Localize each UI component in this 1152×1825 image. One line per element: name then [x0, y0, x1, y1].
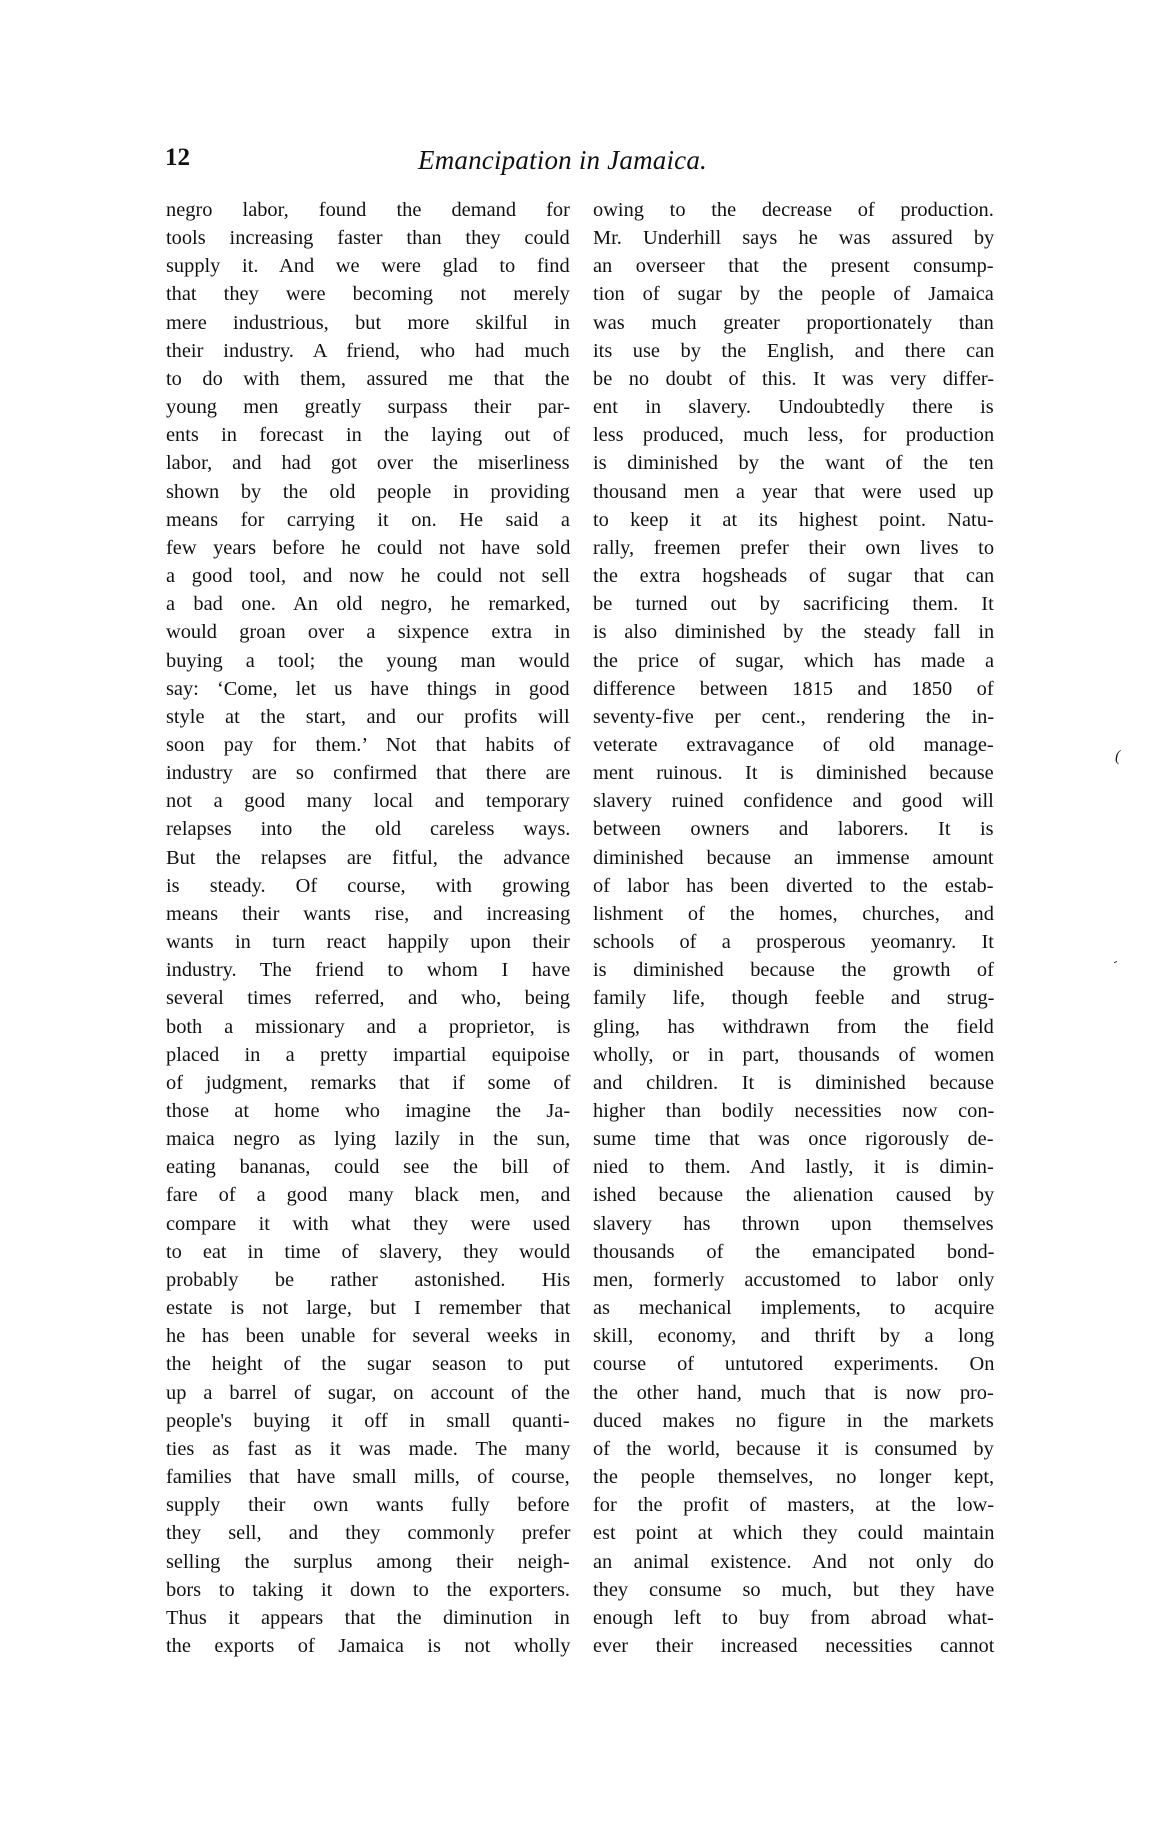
- text-line: seventy-five per cent., rendering the in…: [593, 703, 994, 731]
- text-line: both a missionary and a proprietor, is: [166, 1013, 570, 1041]
- text-line: tools increasing faster than they could: [166, 224, 570, 252]
- text-line: the other hand, much that is now pro-: [593, 1379, 994, 1407]
- text-line: is steady. Of course, with growing: [166, 872, 570, 900]
- text-line: wholly, or in part, thousands of women: [593, 1041, 994, 1069]
- text-line: gling, has withdrawn from the field: [593, 1013, 994, 1041]
- text-line: to do with them, assured me that the: [166, 365, 570, 393]
- text-line: a good tool, and now he could not sell: [166, 562, 570, 590]
- text-line: labor, and had got over the miserliness: [166, 449, 570, 477]
- text-line: tion of sugar by the people of Jamaica: [593, 280, 994, 308]
- text-line: nied to them. And lastly, it is dimin-: [593, 1153, 994, 1181]
- text-line: families that have small mills, of cours…: [166, 1463, 570, 1491]
- text-line: less produced, much less, for production: [593, 421, 994, 449]
- text-line: the price of sugar, which has made a: [593, 647, 994, 675]
- text-line: its use by the English, and there can: [593, 337, 994, 365]
- text-line: style at the start, and our profits will: [166, 703, 570, 731]
- text-line: their industry. A friend, who had much: [166, 337, 570, 365]
- text-line: sume time that was once rigorously de-: [593, 1125, 994, 1153]
- text-line: men, formerly accustomed to labor only: [593, 1266, 994, 1294]
- text-line: ties as fast as it was made. The many: [166, 1435, 570, 1463]
- margin-stray-mark: (: [1115, 749, 1120, 765]
- text-line: compare it with what they were used: [166, 1210, 570, 1238]
- text-line: that they were becoming not merely: [166, 280, 570, 308]
- text-line: and children. It is diminished because: [593, 1069, 994, 1097]
- text-line: Mr. Underhill says he was assured by: [593, 224, 994, 252]
- text-line: Thus it appears that the diminution in: [166, 1604, 570, 1632]
- text-line: the extra hogsheads of sugar that can: [593, 562, 994, 590]
- left-text-column: negro labor, found the demand fortools i…: [166, 196, 570, 1660]
- text-line: means for carrying it on. He said a: [166, 506, 570, 534]
- text-line: eating bananas, could see the bill of: [166, 1153, 570, 1181]
- text-line: of judgment, remarks that if some of: [166, 1069, 570, 1097]
- text-line: is diminished because the growth of: [593, 956, 994, 984]
- text-line: rally, freemen prefer their own lives to: [593, 534, 994, 562]
- text-line: ment ruinous. It is diminished because: [593, 759, 994, 787]
- text-line: the exports of Jamaica is not wholly: [166, 1632, 570, 1660]
- text-line: est point at which they could maintain: [593, 1519, 994, 1547]
- text-line: means their wants rise, and increasing: [166, 900, 570, 928]
- text-line: lishment of the homes, churches, and: [593, 900, 994, 928]
- text-line: mere industrious, but more skilful in: [166, 309, 570, 337]
- text-line: shown by the old people in providing: [166, 478, 570, 506]
- text-line: skill, economy, and thrift by a long: [593, 1322, 994, 1350]
- running-head-title: Emancipation in Jamaica.: [418, 143, 744, 177]
- text-line: veterate extravagance of old manage-: [593, 731, 994, 759]
- text-line: soon pay for them.’ Not that habits of: [166, 731, 570, 759]
- text-line: the people themselves, no longer kept,: [593, 1463, 994, 1491]
- text-line: placed in a pretty impartial equipoise: [166, 1041, 570, 1069]
- text-line: difference between 1815 and 1850 of: [593, 675, 994, 703]
- text-line: say: ‘Come, let us have things in good: [166, 675, 570, 703]
- text-line: not a good many local and temporary: [166, 787, 570, 815]
- text-line: he has been unable for several weeks in: [166, 1322, 570, 1350]
- text-line: to keep it at its highest point. Natu-: [593, 506, 994, 534]
- text-line: they consume so much, but they have: [593, 1576, 994, 1604]
- text-line: is also diminished by the steady fall in: [593, 618, 994, 646]
- text-line: ents in forecast in the laying out of: [166, 421, 570, 449]
- text-line: probably be rather astonished. His: [166, 1266, 570, 1294]
- text-line: be turned out by sacrificing them. It: [593, 590, 994, 618]
- text-line: ever their increased necessities cannot: [593, 1632, 994, 1660]
- text-line: ished because the alienation caused by: [593, 1181, 994, 1209]
- text-line: fare of a good many black men, and: [166, 1181, 570, 1209]
- right-text-column: owing to the decrease of production.Mr. …: [593, 196, 994, 1660]
- text-line: a bad one. An old negro, he remarked,: [166, 590, 570, 618]
- text-line: as mechanical implements, to acquire: [593, 1294, 994, 1322]
- text-line: duced makes no figure in the markets: [593, 1407, 994, 1435]
- text-line: higher than bodily necessities now con-: [593, 1097, 994, 1125]
- text-line: is diminished by the want of the ten: [593, 449, 994, 477]
- text-line: be no doubt of this. It was very differ-: [593, 365, 994, 393]
- text-line: an overseer that the present consump-: [593, 252, 994, 280]
- text-line: supply their own wants fully before: [166, 1491, 570, 1519]
- text-line: for the profit of masters, at the low-: [593, 1491, 994, 1519]
- text-line: thousand men a year that were used up: [593, 478, 994, 506]
- text-line: relapses into the old careless ways.: [166, 815, 570, 843]
- text-line: to eat in time of slavery, they would: [166, 1238, 570, 1266]
- text-line: industry are so confirmed that there are: [166, 759, 570, 787]
- text-line: wants in turn react happily upon their: [166, 928, 570, 956]
- text-line: several times referred, and who, being: [166, 984, 570, 1012]
- text-line: they sell, and they commonly prefer: [166, 1519, 570, 1547]
- text-line: thousands of the emancipated bond-: [593, 1238, 994, 1266]
- text-line: slavery has thrown upon themselves: [593, 1210, 994, 1238]
- text-line: bors to taking it down to the exporters.: [166, 1576, 570, 1604]
- text-line: owing to the decrease of production.: [593, 196, 994, 224]
- text-line: people's buying it off in small quanti-: [166, 1407, 570, 1435]
- text-line: industry. The friend to whom I have: [166, 956, 570, 984]
- text-line: supply it. And we were glad to find: [166, 252, 570, 280]
- text-line: those at home who imagine the Ja-: [166, 1097, 570, 1125]
- margin-stray-mark: -: [1110, 953, 1120, 969]
- text-line: family life, though feeble and strug-: [593, 984, 994, 1012]
- text-line: up a barrel of sugar, on account of the: [166, 1379, 570, 1407]
- text-line: slavery ruined confidence and good will: [593, 787, 994, 815]
- text-line: negro labor, found the demand for: [166, 196, 570, 224]
- text-line: was much greater proportionately than: [593, 309, 994, 337]
- text-line: selling the surplus among their neigh-: [166, 1548, 570, 1576]
- text-line: young men greatly surpass their par-: [166, 393, 570, 421]
- text-line: But the relapses are fitful, the advance: [166, 844, 570, 872]
- page-number: 12: [165, 144, 190, 172]
- text-line: buying a tool; the young man would: [166, 647, 570, 675]
- text-line: schools of a prosperous yeomanry. It: [593, 928, 994, 956]
- text-line: enough left to buy from abroad what-: [593, 1604, 994, 1632]
- text-line: of labor has been diverted to the estab-: [593, 872, 994, 900]
- text-line: diminished because an immense amount: [593, 844, 994, 872]
- text-line: ent in slavery. Undoubtedly there is: [593, 393, 994, 421]
- text-line: of the world, because it is consumed by: [593, 1435, 994, 1463]
- text-line: maica negro as lying lazily in the sun,: [166, 1125, 570, 1153]
- text-line: the height of the sugar season to put: [166, 1350, 570, 1378]
- text-line: between owners and laborers. It is: [593, 815, 994, 843]
- text-line: an animal existence. And not only do: [593, 1548, 994, 1576]
- text-line: few years before he could not have sold: [166, 534, 570, 562]
- text-line: estate is not large, but I remember that: [166, 1294, 570, 1322]
- text-line: course of untutored experiments. On: [593, 1350, 994, 1378]
- text-line: would groan over a sixpence extra in: [166, 618, 570, 646]
